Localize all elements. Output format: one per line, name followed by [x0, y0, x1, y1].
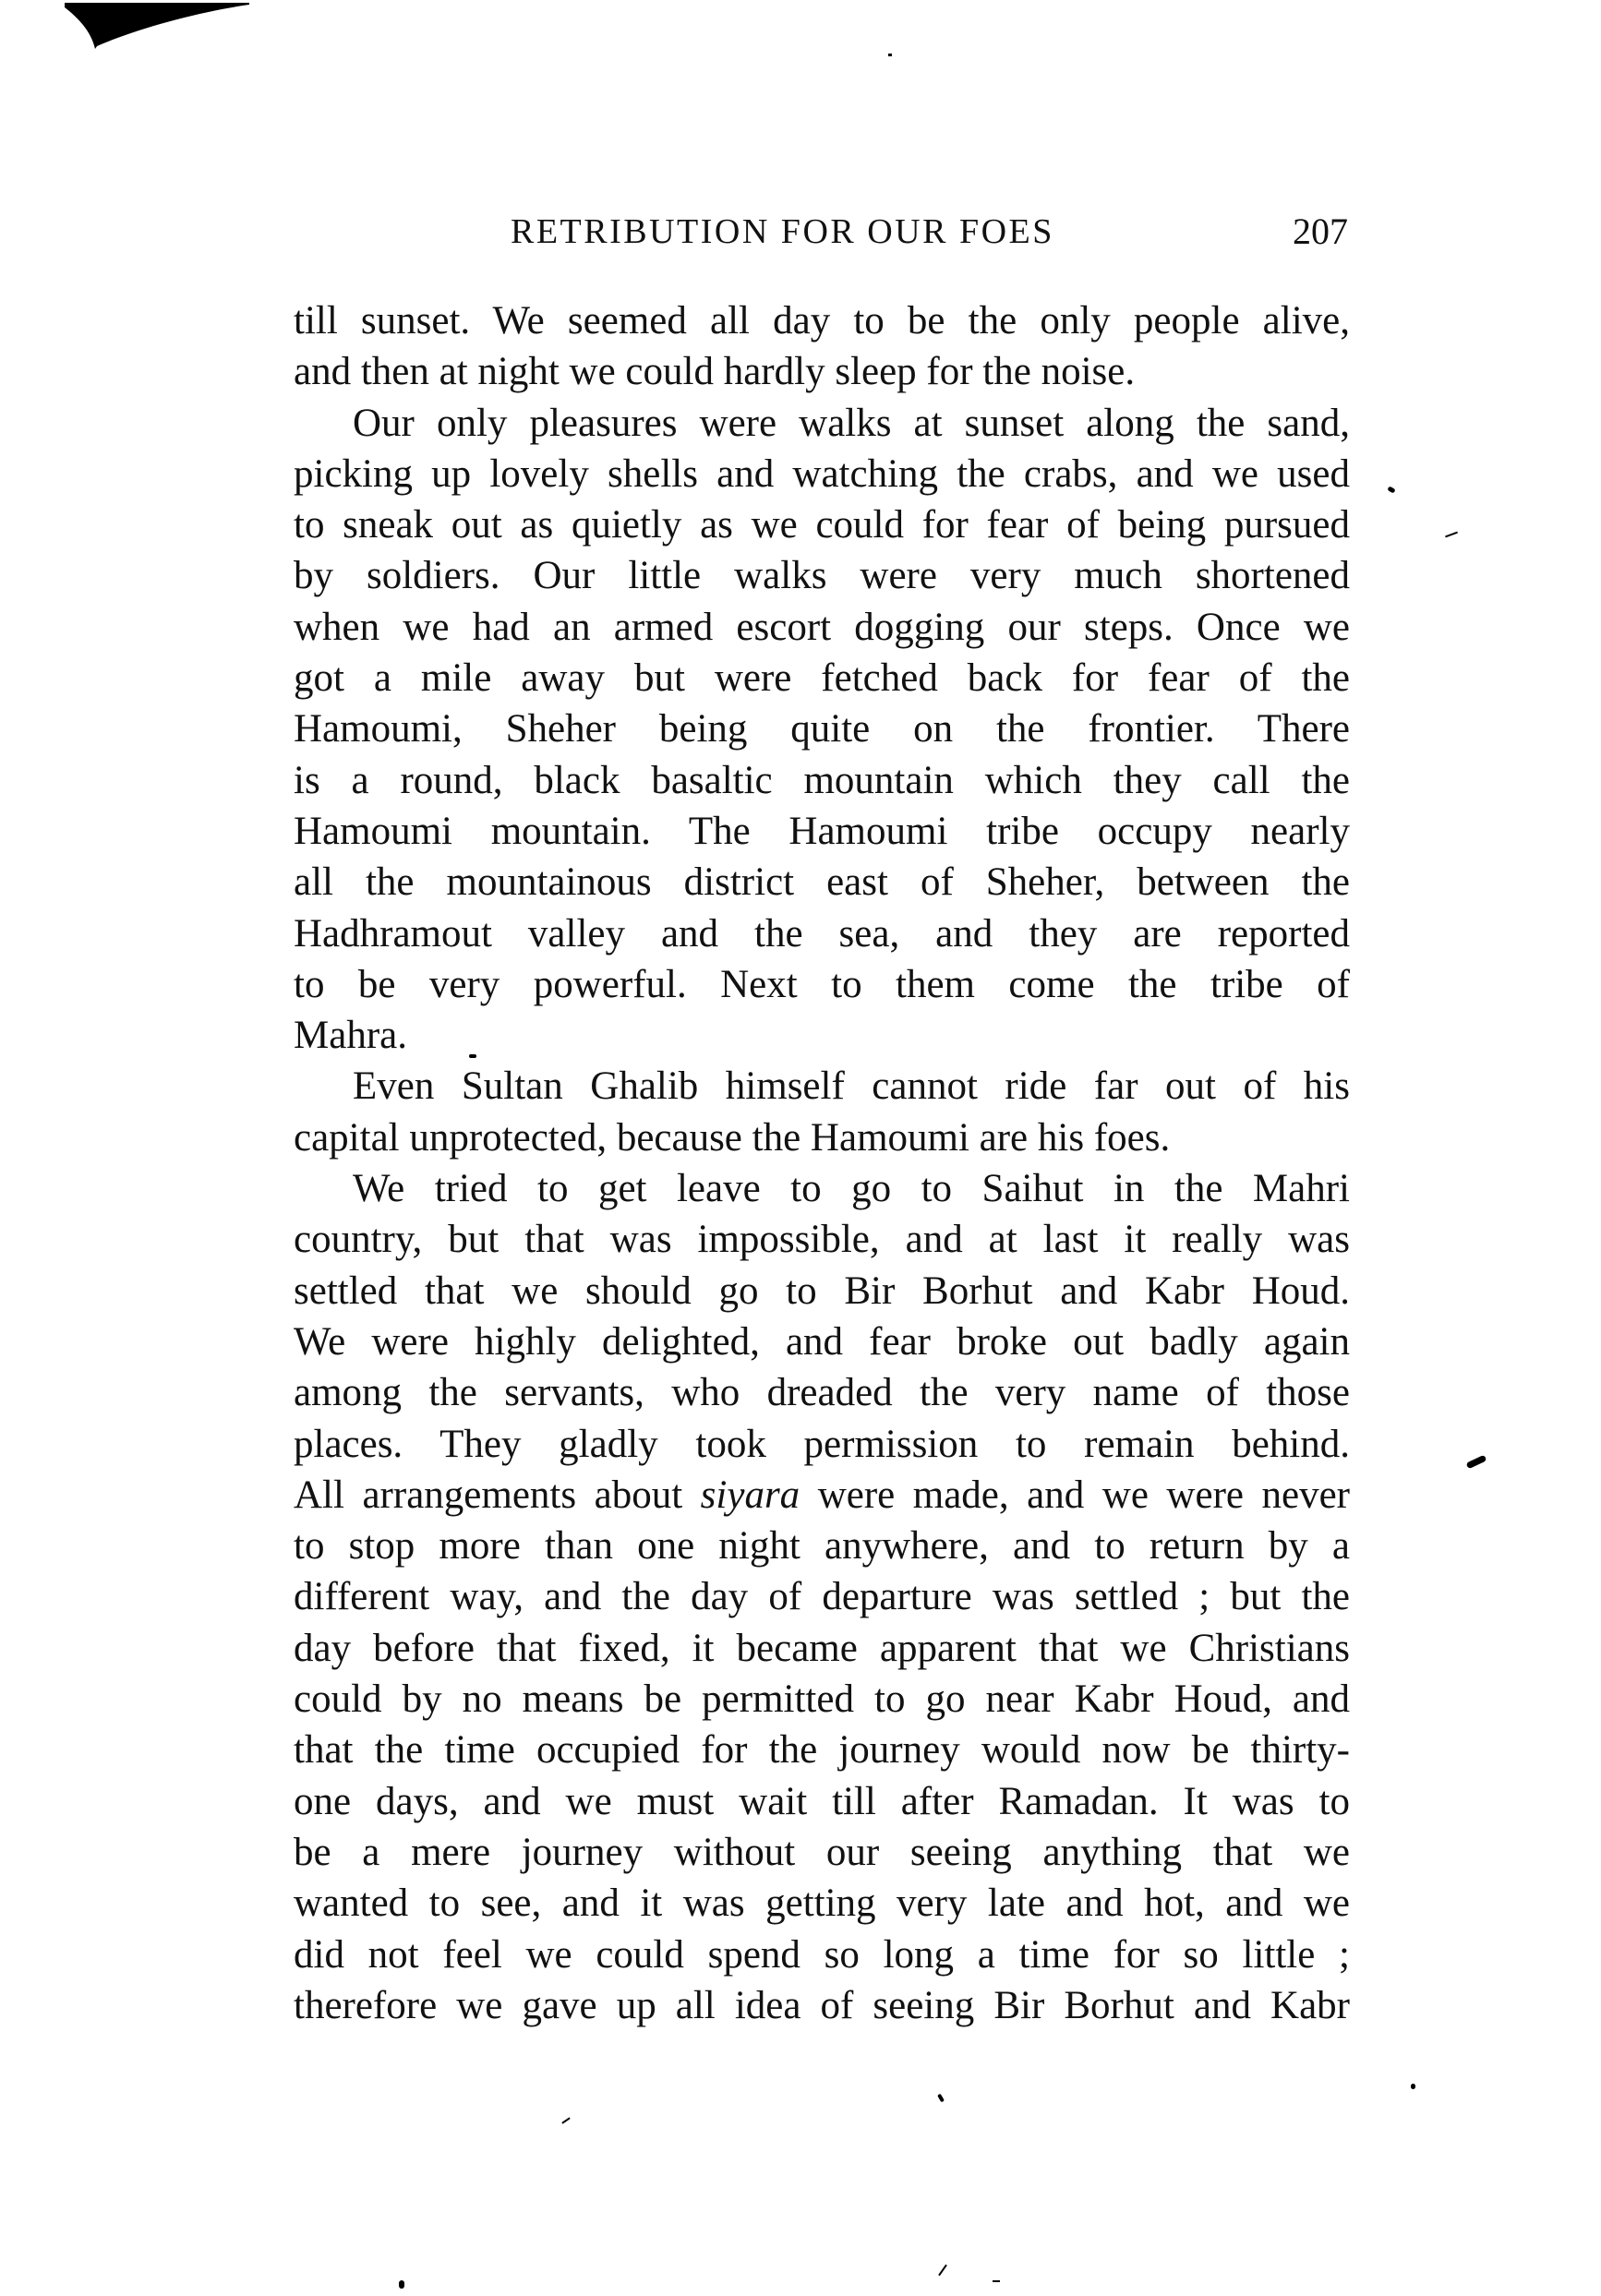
book-page: RETRIBUTION FOR OUR FOES 207 till sunset…: [0, 0, 1601, 2296]
text-line: picking up lovely shells and watching th…: [294, 449, 1350, 499]
scan-speck: [888, 54, 892, 56]
text-line: to sneak out as quietly as we could for …: [294, 499, 1350, 550]
text-line: different way, and the day of departure …: [294, 1571, 1350, 1622]
text-line: Hamoumi, Sheher being quite on the front…: [294, 703, 1350, 754]
text-line: till sunset. We seemed all day to be the…: [294, 295, 1350, 346]
text-line: among the servants, who dreaded the very…: [294, 1367, 1350, 1418]
scan-speck: [938, 2265, 947, 2277]
running-header: RETRIBUTION FOR OUR FOES 207: [294, 209, 1350, 255]
text-line: to be very powerful. Next to them come t…: [294, 959, 1350, 1010]
italic-term: siyara: [701, 1473, 800, 1517]
text-segment: All arrangements about: [294, 1473, 701, 1517]
scan-corner-artifact-icon: [65, 0, 249, 51]
scan-speck: [1411, 2084, 1415, 2089]
text-line: that the time occupied for the journey w…: [294, 1725, 1350, 1775]
scan-speck: [937, 2094, 945, 2103]
text-line: be a mere journey without our seeing any…: [294, 1827, 1350, 1878]
text-line: We tried to get leave to go to Saihut in…: [294, 1163, 1350, 1214]
text-line: country, but that was impossible, and at…: [294, 1214, 1350, 1265]
text-line: Our only pleasures were walks at sunset …: [294, 398, 1350, 449]
running-title: RETRIBUTION FOR OUR FOES: [511, 209, 1054, 255]
scan-speck: [1445, 532, 1458, 538]
text-line: Hadhramout valley and the sea, and they …: [294, 908, 1350, 959]
scan-speck: [469, 1054, 476, 1058]
scan-speck: [1466, 1455, 1487, 1470]
text-line: Hamoumi mountain. The Hamoumi tribe occu…: [294, 806, 1350, 857]
text-line: when we had an armed escort dogging our …: [294, 602, 1350, 653]
text-line: to stop more than one night anywhere, an…: [294, 1521, 1350, 1571]
text-segment: were made, and we were never: [800, 1473, 1350, 1517]
text-line: therefore we gave up all idea of seeing …: [294, 1980, 1350, 2031]
text-line: places. They gladly took permission to r…: [294, 1419, 1350, 1470]
text-line: wanted to see, and it was getting very l…: [294, 1878, 1350, 1929]
scan-speck: [993, 2280, 1000, 2282]
text-line: could by no means be permitted to go nea…: [294, 1674, 1350, 1725]
text-line: one days, and we must wait till after Ra…: [294, 1776, 1350, 1827]
text-line: We were highly delighted, and fear broke…: [294, 1316, 1350, 1367]
text-line: Mahra.: [294, 1010, 1350, 1061]
text-line: got a mile away but were fetched back fo…: [294, 653, 1350, 703]
scan-speck: [561, 2117, 570, 2123]
text-line: is a round, black basaltic mountain whic…: [294, 755, 1350, 806]
text-line: and then at night we could hardly sleep …: [294, 346, 1350, 397]
body-text: till sunset. We seemed all day to be the…: [294, 295, 1350, 2031]
scan-speck: [1387, 486, 1395, 493]
text-line: by soldiers. Our little walks were very …: [294, 550, 1350, 601]
text-line: Even Sultan Ghalib himself cannot ride f…: [294, 1061, 1350, 1112]
text-line: all the mountainous district east of She…: [294, 857, 1350, 908]
text-line: All arrangements about siyara were made,…: [294, 1470, 1350, 1521]
page-number: 207: [1293, 209, 1348, 255]
scan-speck: [399, 2280, 404, 2289]
text-line: day before that fixed, it became apparen…: [294, 1623, 1350, 1674]
text-line: settled that we should go to Bir Borhut …: [294, 1266, 1350, 1316]
text-line: capital unprotected, because the Hamoumi…: [294, 1112, 1350, 1163]
text-line: did not feel we could spend so long a ti…: [294, 1929, 1350, 1980]
